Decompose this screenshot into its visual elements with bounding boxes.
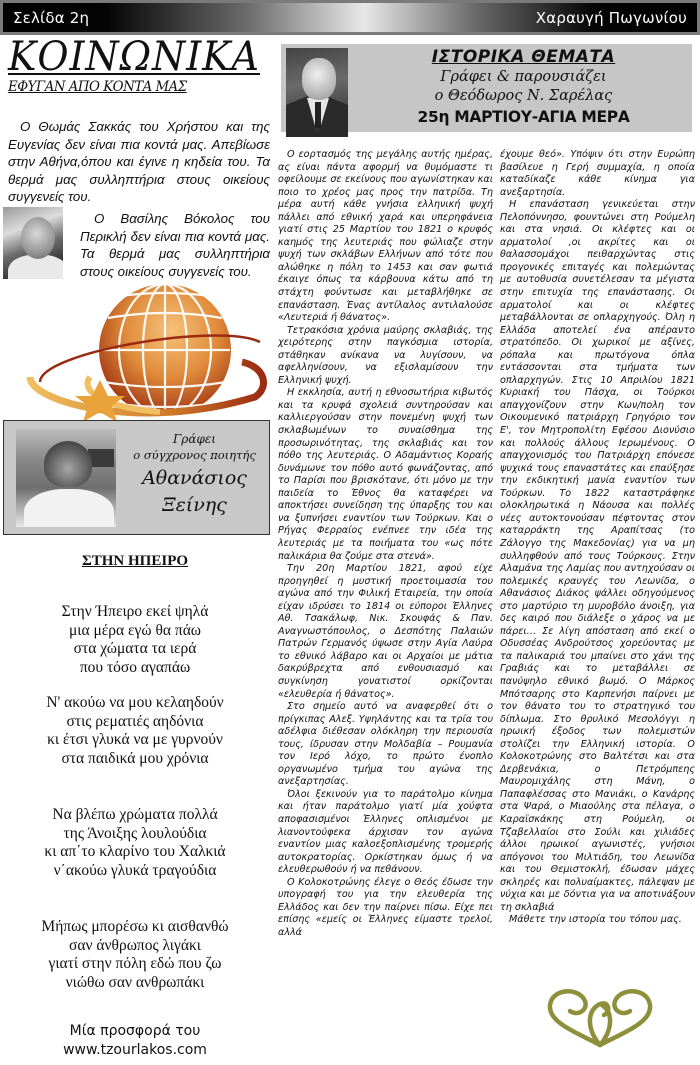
poet-last-name: Ξείνης (122, 492, 267, 519)
poem-line: νιώθω σαν ανθρωπάκι (0, 974, 270, 993)
social-section-subtitle: ΕΦΥΓΑΝ ΑΠΟ ΚΟΝΤΑ ΜΑΣ (8, 78, 179, 96)
article-column-right: έχουμε θεό». Υπόψιν ότι στην Ευρώπη βασί… (500, 149, 695, 927)
vokolos-photo (3, 207, 63, 279)
article-paragraph: Η εκκλησία, αυτή η εθνοσωτήρια κιβωτός κ… (278, 387, 493, 563)
poem-line: που τόσο αγαπάω (0, 659, 270, 678)
obituary-sakkas: Ο Θωμάς Σακκάς του Χρήστου και της Ευγεν… (8, 118, 270, 206)
article-paragraph: έχουμε θεό». Υπόψιν ότι στην Ευρώπη βασί… (500, 149, 695, 199)
publication-name: Χαραυγή Πωγωνίου (536, 9, 687, 27)
poem-line: της Άνοιξης λουλούδια (0, 825, 270, 844)
article-column-middle: Ο εορτασμός της μεγάλης αυτής ημέρας, ας… (278, 149, 493, 939)
poem-line: ν΄ακούω γλυκά τραγούδια (0, 862, 270, 881)
poet-first-name: Αθανάσιος (122, 465, 267, 492)
sponsor-label: Μία προσφορά του (0, 1022, 270, 1041)
article-paragraph: Η επανάσταση γενικεύεται στην Πελοπόννησ… (500, 199, 695, 914)
decorative-scroll-ornament-icon (538, 983, 663, 1055)
poem-body: Στην Ήπειρο εκεί ψηλά μια μέρα εγώ θα πά… (0, 603, 270, 1009)
poem-line: κι απ΄το κλαρίνο του Χαλκιά (0, 843, 270, 862)
history-header-text: ΙΣΤΟΡΙΚΑ ΘΕΜΑΤΑ Γράφει & παρουσιάζει ο Θ… (361, 46, 686, 128)
article-paragraph: Στο σημείο αυτό να αναφερθεί ότι ο πρίγκ… (278, 701, 493, 789)
article-paragraph: Τετρακόσια χρόνια μαύρης σκλαβιάς, της χ… (278, 325, 493, 388)
poet-role: ο σύγχρονος ποιητής (122, 447, 267, 463)
poem-line: Ν' ακούω να μου κελαηδούν (0, 694, 270, 713)
history-section-title: ΙΣΤΟΡΙΚΑ ΘΕΜΑΤΑ (361, 46, 686, 68)
poem-stanza: Μήπως μπορέσω κι αισθανθώ σαν άνθρωπος λ… (0, 918, 270, 992)
poet-writes-label: Γράφει (122, 431, 267, 447)
sponsor-credit: Μία προσφορά του www.tzourlakos.com (0, 1022, 270, 1060)
poet-byline-box: Γράφει ο σύγχρονος ποιητής Αθανάσιος Ξεί… (3, 420, 270, 535)
obituary-vokolos: Ο Βασίλης Βόκολος του Περικλή δεν είναι … (80, 210, 270, 280)
poem-title: ΣΤΗΝ ΗΠΕΙΡΟ (0, 553, 270, 570)
page-header-inner: Σελίδα 2η Χαραυγή Πωγωνίου (3, 3, 697, 32)
author-photo (286, 48, 348, 137)
poem-line: στις ρεματιές αηδόνια (0, 713, 270, 732)
poem-stanza: Να βλέπω χρώματα πολλά της Άνοιξης λουλο… (0, 806, 270, 880)
poem-stanza: Στην Ήπειρο εκεί ψηλά μια μέρα εγώ θα πά… (0, 603, 270, 677)
article-paragraph: Όλοι ξεκινούν για το παράτολμο κίνημα κα… (278, 789, 493, 877)
poem-line: μια μέρα εγώ θα πάω (0, 622, 270, 641)
poem-line: Να βλέπω χρώματα πολλά (0, 806, 270, 825)
sponsor-website-link[interactable]: www.tzourlakos.com (0, 1041, 270, 1060)
history-byline-1: Γράφει & παρουσιάζει (361, 68, 686, 87)
poem-line: στα χώματα τα ιερά (0, 640, 270, 659)
page-number-label: Σελίδα 2η (13, 9, 89, 27)
article-paragraph: Ο εορτασμός της μεγάλης αυτής ημέρας, ας… (278, 149, 493, 325)
article-paragraph: Ο Κολοκοτρώνης έλεγε ο Θεός έδωσε την υπ… (278, 877, 493, 940)
poem-line: Μήπως μπορέσω κι αισθανθώ (0, 918, 270, 937)
history-header-box: ΙΣΤΟΡΙΚΑ ΘΕΜΑΤΑ Γράφει & παρουσιάζει ο Θ… (281, 44, 692, 132)
history-byline-2: ο Θεόδωρος Ν. Σαρέλας (361, 87, 686, 106)
poet-photo (16, 429, 116, 527)
poem-line: σαν άνθρωπος λιγάκι (0, 937, 270, 956)
poem-stanza: Ν' ακούω να μου κελαηδούν στις ρεματιές … (0, 694, 270, 768)
poem-line: στα παιδικά μου χρόνια (0, 750, 270, 769)
poem-line: γιατί στην πόλη εδώ που ζω (0, 955, 270, 974)
social-section-title: ΚΟΙΝΩΝΙΚΑ (8, 36, 179, 78)
poem-line: Στην Ήπειρο εκεί ψηλά (0, 603, 270, 622)
article-closing-line: Μάθετε την ιστορία του τόπου μας. (500, 914, 695, 927)
poem-line: κι έτσι γλυκά να με γυρνούν (0, 731, 270, 750)
article-paragraph: Την 20η Μαρτίου 1821, αφού είχε προηγηθε… (278, 563, 493, 701)
poet-byline: Γράφει ο σύγχρονος ποιητής Αθανάσιος Ξεί… (122, 431, 267, 519)
article-headline: 25η ΜΑΡΤΙΟΥ-ΑΓΙΑ ΜΕΡΑ (361, 106, 686, 128)
page-header-bar: Σελίδα 2η Χαραυγή Πωγωνίου (0, 0, 700, 35)
social-section-header: ΚΟΙΝΩΝΙΚΑ ΕΦΥΓΑΝ ΑΠΟ ΚΟΝΤΑ ΜΑΣ (8, 36, 188, 96)
